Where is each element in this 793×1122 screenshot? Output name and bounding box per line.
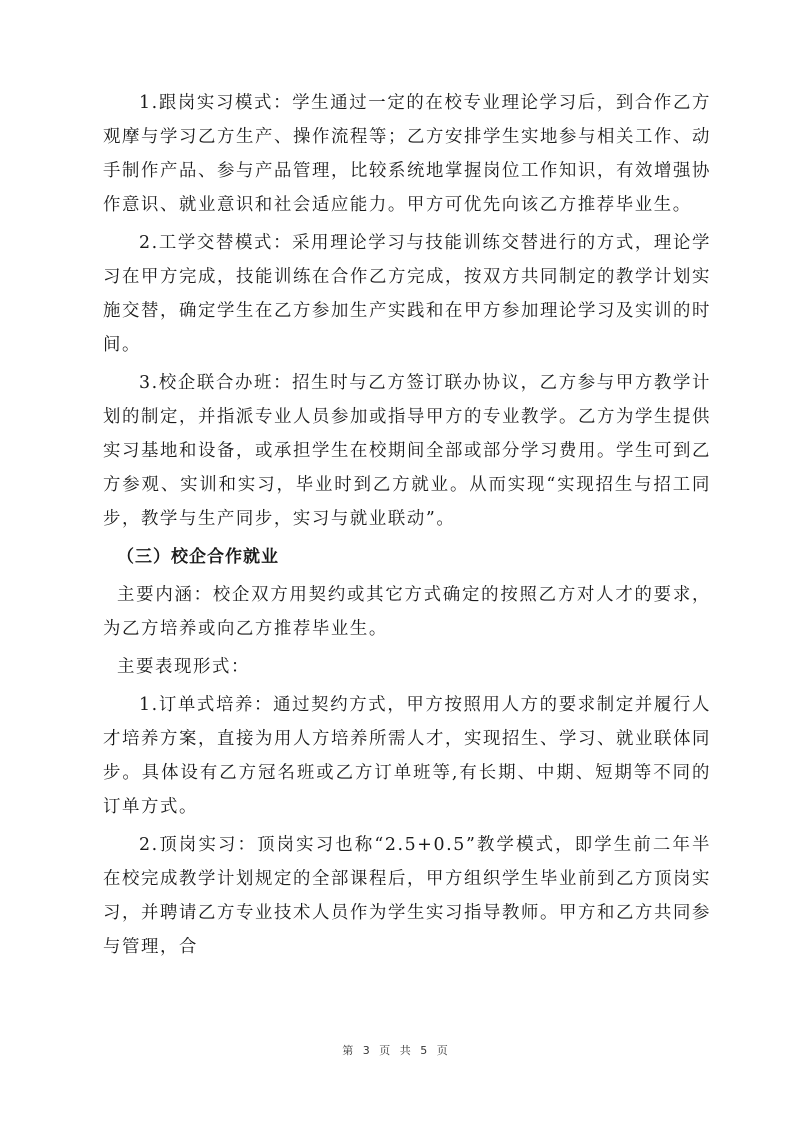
section-heading: （三）校企合作就业 (103, 540, 711, 574)
paragraph-post-internship: 2.顶岗实习：顶岗实习也称“2.5+0.5”教学模式，即学生前二年半在校完成教学… (103, 828, 711, 964)
page-footer: 第 3 页 共 5 页 (0, 1042, 793, 1058)
paragraph-main-forms-label: 主要表现形式： (103, 650, 711, 684)
document-page: 1.跟岗实习模式：学生通过一定的在校专业理论学习后，到合作乙方观摩与学习乙方生产… (103, 86, 711, 968)
paragraph-order-training: 1.订单式培养：通过契约方式，甲方按照用人方的要求制定并履行人才培养方案，直接为… (103, 688, 711, 824)
paragraph-joint-class: 3.校企联合办班：招生时与乙方签订联办协议，乙方参与甲方教学计划的制定，并指派专… (103, 366, 711, 536)
paragraph-follow-internship: 1.跟岗实习模式：学生通过一定的在校专业理论学习后，到合作乙方观摩与学习乙方生产… (103, 86, 711, 222)
paragraph-main-connotation: 主要内涵：校企双方用契约或其它方式确定的按照乙方对人才的要求，为乙方培养或向乙方… (103, 578, 711, 646)
paragraph-work-study-alternation: 2.工学交替模式：采用理论学习与技能训练交替进行的方式，理论学习在甲方完成，技能… (103, 226, 711, 362)
